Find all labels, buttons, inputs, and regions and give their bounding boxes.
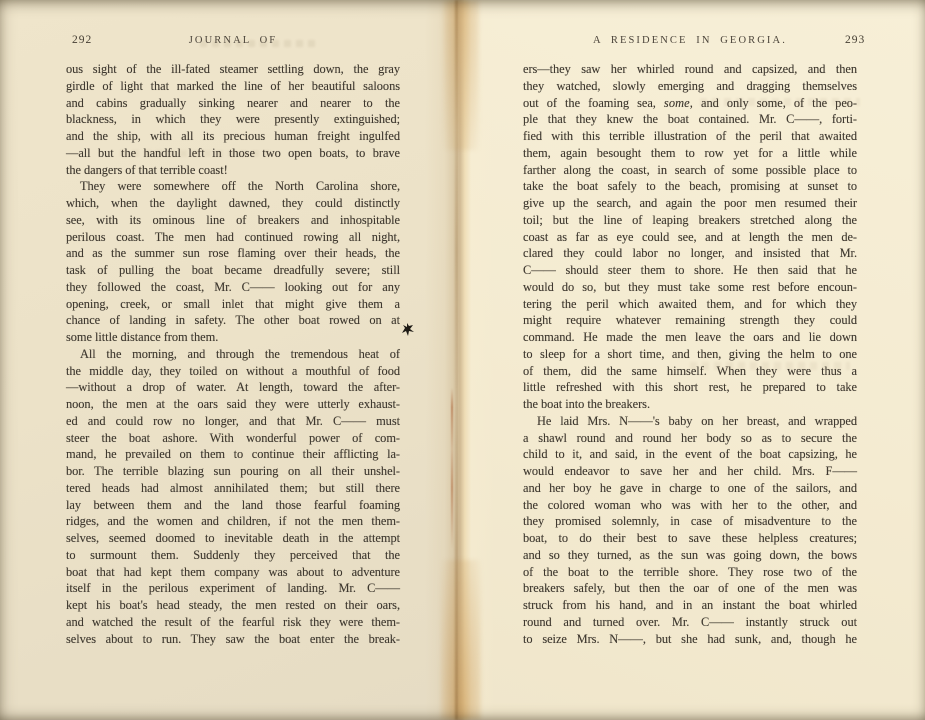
text-line: blackness, in which they were presently …: [66, 111, 400, 128]
page-header-right: A RESIDENCE IN GEORGIA. 293: [523, 35, 857, 50]
text-line: the middle day, they toiled on without a…: [66, 363, 400, 380]
book-scan: 292 JOURNAL OF ous sight of the ill-fate…: [0, 0, 925, 720]
text-line: and her boy he gave in charge to one of …: [523, 480, 857, 497]
text-line: toil; but the line of leaping breakers s…: [523, 212, 857, 229]
text-line: they promised solemnly, in case of misad…: [523, 513, 857, 530]
running-head-right: A RESIDENCE IN GEORGIA.: [523, 35, 857, 46]
text-line: give up the search, and again the poor m…: [523, 195, 857, 212]
text-line: a shawl round and round her body so as t…: [523, 430, 857, 447]
page-body-left: ous sight of the ill-fated steamer settl…: [66, 61, 400, 647]
text-line: task of pulling the boat became dreadful…: [66, 262, 400, 279]
text-line: —all but the handful left in those two o…: [66, 145, 400, 162]
text-line: command. He made the men leave the oars …: [523, 329, 857, 346]
text-line: They were somewhere off the North Caroli…: [66, 178, 400, 195]
text-line: boat that had kept them company was abou…: [66, 564, 400, 581]
text-line: C—— should steer them to shore. He then …: [523, 262, 857, 279]
page-body-right: ers—they saw her whirled round and capsi…: [523, 61, 857, 647]
text-line: they followed the coast, Mr. C—— looking…: [66, 279, 400, 296]
text-line: bor. The terrible blazing sun pouring on…: [66, 463, 400, 480]
text-line: some little distance from them.: [66, 329, 400, 346]
text-line: and as the summer sun rose flaming over …: [66, 245, 400, 262]
text-line: tered heads had almost annihilated them;…: [66, 480, 400, 497]
page-left: 292 JOURNAL OF ous sight of the ill-fate…: [0, 0, 458, 720]
text-line: of them, did the same himself. When they…: [523, 363, 857, 380]
text-line: and watched the result of the fearful ri…: [66, 614, 400, 631]
text-line: out of the foaming sea, some, and only s…: [523, 95, 857, 112]
text-line: clared they could labor no longer, and i…: [523, 245, 857, 262]
page-header-left: 292 JOURNAL OF: [66, 35, 400, 50]
text-line: ed and could row no longer, and that Mr.…: [66, 413, 400, 430]
text-line: them, again besought them to row yet for…: [523, 145, 857, 162]
text-line: take the boat safely to the beach, promi…: [523, 178, 857, 195]
text-line: kept his boat's head steady, the men res…: [66, 597, 400, 614]
text-line: to sleep for a short time, and then, giv…: [523, 346, 857, 363]
text-line: fied with this terrible illustration of …: [523, 128, 857, 145]
text-line: chance of landing in safety. The other b…: [66, 312, 400, 329]
text-line: breakers safely, but then the oar of one…: [523, 580, 857, 597]
text-line: round and turned over. Mr. C—— instantly…: [523, 614, 857, 631]
text-line: opening, creek, or small inlet that migh…: [66, 296, 400, 313]
text-line: He laid Mrs. N——'s baby on her breast, a…: [523, 413, 857, 430]
text-line: All the morning, and through the tremend…: [66, 346, 400, 363]
text-line: of the boat to the terrible shore. They …: [523, 564, 857, 581]
running-head-left: JOURNAL OF: [66, 35, 400, 46]
text-line: see, with its ominous line of breakers a…: [66, 212, 400, 229]
text-line: selves, seemed doomed to inevitable deat…: [66, 530, 400, 547]
text-line: struck from his hand, and in an instant …: [523, 597, 857, 614]
text-line: itself in the perilous experiment of lan…: [66, 580, 400, 597]
text-line: ple that they knew the boat contained. M…: [523, 111, 857, 128]
text-line: perilous coast. The men had continued ro…: [66, 229, 400, 246]
text-line: little refreshed with this short rest, h…: [523, 379, 857, 396]
text-line: to surmount them. Suddenly they perceive…: [66, 547, 400, 564]
text-line: tering the peril which awaited them, and…: [523, 296, 857, 313]
text-line: and so they turned, as the sun was going…: [523, 547, 857, 564]
text-line: lay between them and the land those fear…: [66, 497, 400, 514]
text-line: ous sight of the ill-fated steamer settl…: [66, 61, 400, 78]
text-line: the colored woman who was with her to th…: [523, 497, 857, 514]
text-line: farther along the coast, in search of so…: [523, 162, 857, 179]
text-line: noon, the men at the oars said they were…: [66, 396, 400, 413]
text-line: —without a drop of water. At length, tow…: [66, 379, 400, 396]
text-line: girdle of light that marked the line of …: [66, 78, 400, 95]
text-line: selves about to run. They saw the boat e…: [66, 631, 400, 648]
text-line: would do so, but they must take some res…: [523, 279, 857, 296]
text-line: mand, he prevailed on them to continue t…: [66, 446, 400, 463]
text-line: which, when the daylight dawned, they co…: [66, 195, 400, 212]
text-line: they watched, slowly emerging and draggi…: [523, 78, 857, 95]
text-line: boat, to do their best to save these hel…: [523, 530, 857, 547]
text-line: and the ship, with all its precious huma…: [66, 128, 400, 145]
text-line: the boat into the breakers.: [523, 396, 857, 413]
text-line: and cabins gradually sinking nearer and …: [66, 95, 400, 112]
text-line: coast as far as eye could see, and at le…: [523, 229, 857, 246]
text-line: to seize Mrs. N——, but she had sunk, and…: [523, 631, 857, 648]
text-line: ridges, and the women and children, if n…: [66, 513, 400, 530]
text-line: the dangers of that terrible coast!: [66, 162, 400, 179]
page-number-right: 293: [845, 34, 865, 46]
text-line: steer the boat ashore. With wonderful po…: [66, 430, 400, 447]
text-line: would endeavor to save her and her child…: [523, 463, 857, 480]
text-line: ers—they saw her whirled round and capsi…: [523, 61, 857, 78]
text-line: might require whatever remaining strengt…: [523, 312, 857, 329]
text-line: child to it, and said, in the event of t…: [523, 446, 857, 463]
